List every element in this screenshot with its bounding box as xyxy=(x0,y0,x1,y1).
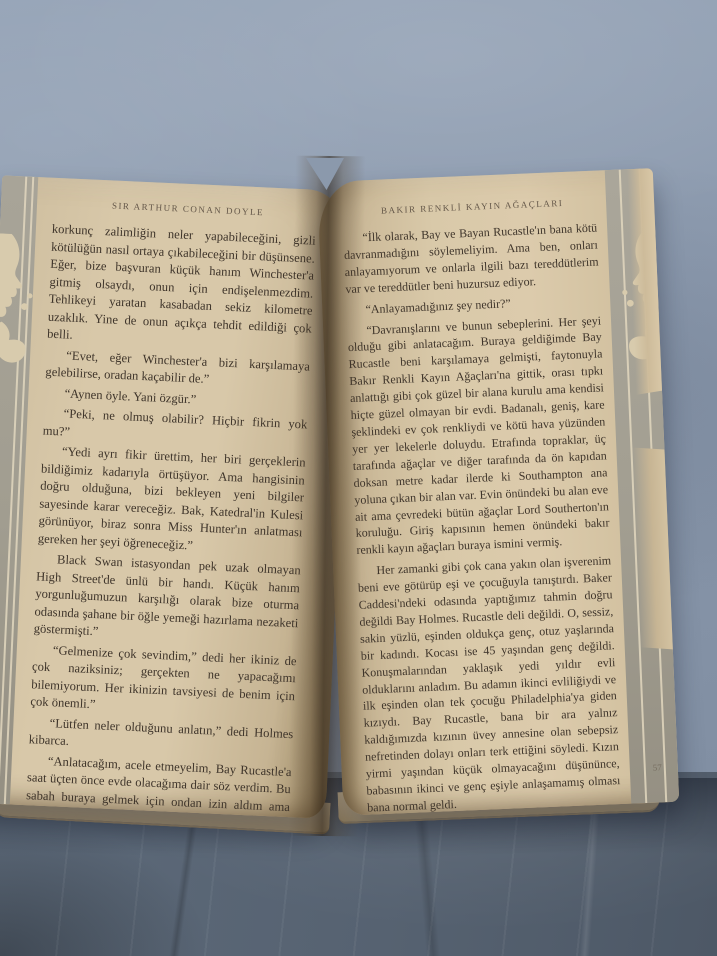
book-paragraph: Her zamanki gibi çok cana yakın olan işv… xyxy=(357,552,621,815)
book-paragraph: “Davranışlarını ve bunun sebeplerini. He… xyxy=(347,312,611,559)
left-page-content: SIR ARTHUR CONAN DOYLE korkunç zalimliği… xyxy=(0,175,354,818)
photo-scene: SIR ARTHUR CONAN DOYLE korkunç zalimliği… xyxy=(0,0,717,956)
book-paragraph: korkunç zalimliğin neler yapabileceğini,… xyxy=(47,221,316,355)
left-page: SIR ARTHUR CONAN DOYLE korkunç zalimliği… xyxy=(0,175,354,818)
running-header-right: BAKIR RENKLİ KAYIN AĞAÇLARI xyxy=(342,196,602,217)
book-paragraph: “İlk olarak, Bay ve Bayan Rucastle'ın ba… xyxy=(343,220,600,298)
book-paragraph: “Yedi ayrı fikir ürettim, her biri gerçe… xyxy=(37,443,305,560)
right-page-content: BAKIR RENKLİ KAYIN AĞAÇLARI “İlk olarak,… xyxy=(317,168,679,816)
page-text-right: “İlk olarak, Bay ve Bayan Rucastle'ın ba… xyxy=(343,220,621,816)
book-paragraph: Black Swan istasyondan pek uzak olmayan … xyxy=(33,550,301,649)
right-page: BAKIR RENKLİ KAYIN AĞAÇLARI “İlk olarak,… xyxy=(317,168,679,816)
book-paragraph: “Gelmenize çok sevindim,” dedi her ikini… xyxy=(30,641,297,723)
open-book: SIR ARTHUR CONAN DOYLE korkunç zalimliği… xyxy=(0,152,717,842)
page-number-right: 57 xyxy=(653,762,662,772)
running-header-left: SIR ARTHUR CONAN DOYLE xyxy=(59,198,317,220)
page-text-left: korkunç zalimliğin neler yapabileceğini,… xyxy=(23,221,317,819)
